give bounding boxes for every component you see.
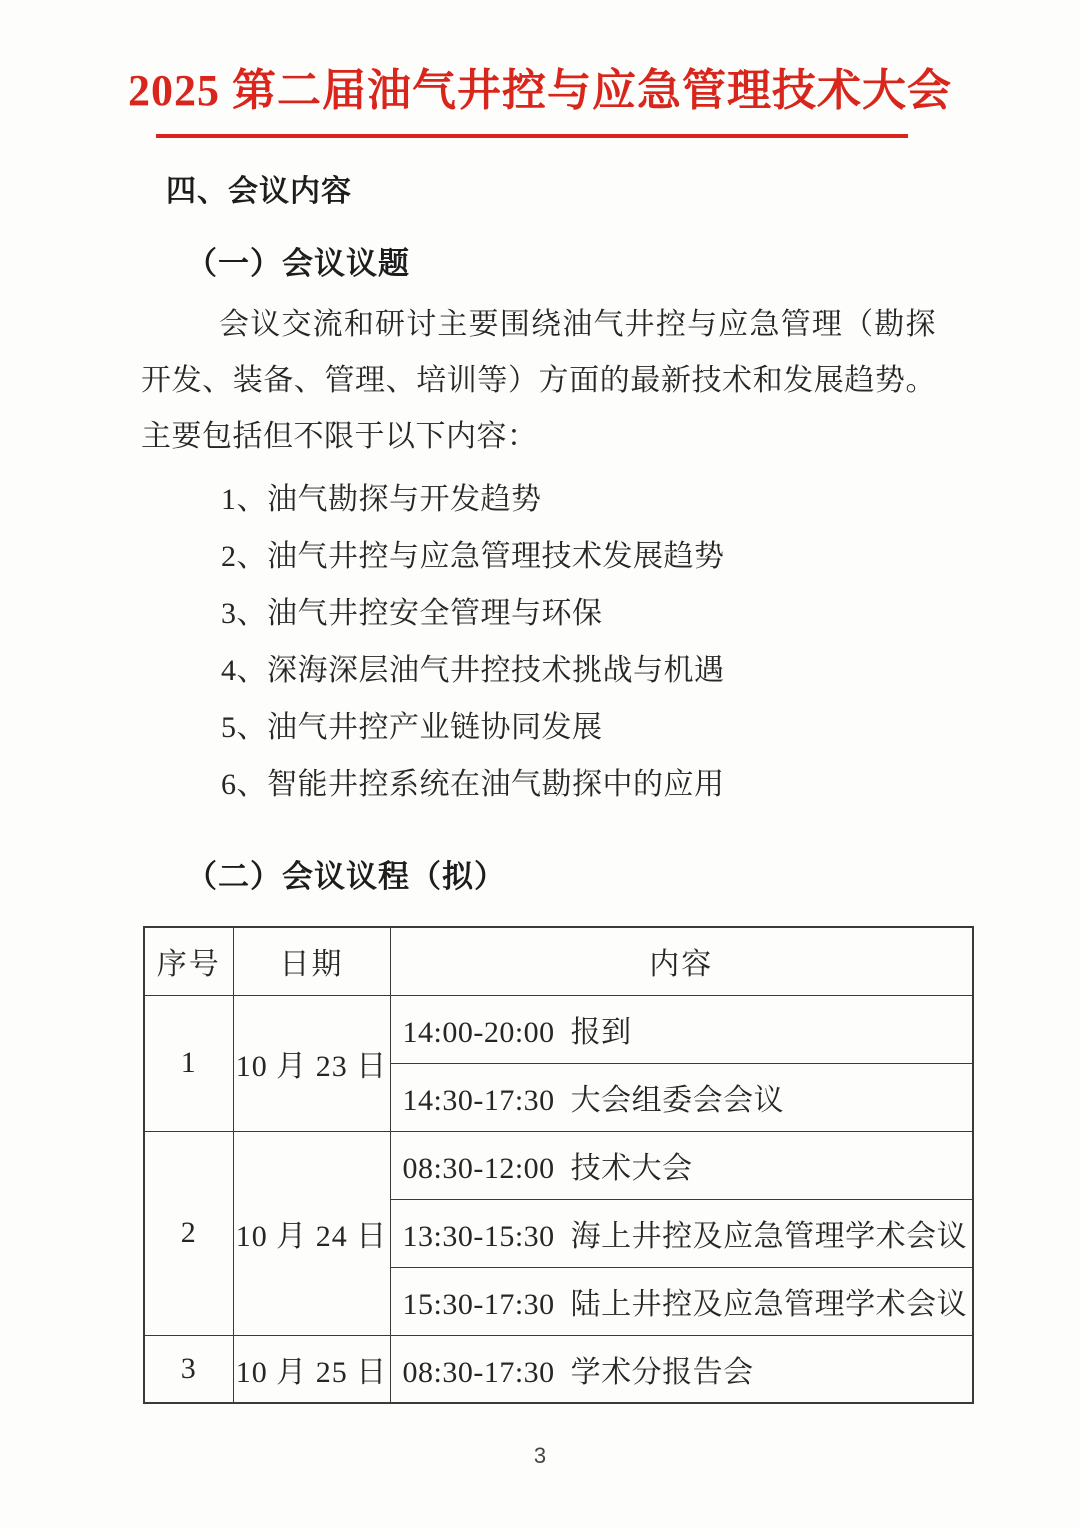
row-event: 15:30-17:30 陆上井控及应急管理学术会议 — [390, 1267, 973, 1335]
list-item: 4、深海深层油气井控技术挑战与机遇 — [221, 642, 1080, 699]
row-date: 10 月 23 日 — [233, 995, 390, 1131]
row-event: 13:30-15:30 海上井控及应急管理学术会议 — [390, 1199, 973, 1267]
subsection-topics-heading: （一）会议议题 — [186, 238, 1080, 283]
row-event: 14:00-20:00 报到 — [390, 995, 973, 1063]
row-date: 10 月 24 日 — [233, 1131, 390, 1335]
title-divider — [156, 134, 908, 138]
table-header-row: 序号 日期 内容 — [144, 927, 973, 995]
row-no: 1 — [144, 995, 233, 1131]
section-heading: 四、会议内容 — [166, 166, 1080, 210]
row-no: 3 — [144, 1335, 233, 1403]
column-header-content: 内容 — [390, 927, 973, 995]
page-title: 2025 第二届油气井控与应急管理技术大会 — [0, 54, 1080, 118]
list-item: 3、油气井控安全管理与环保 — [221, 585, 1080, 642]
page-number: 3 — [0, 1443, 1080, 1469]
table-row: 1 10 月 23 日 14:00-20:00 报到 — [144, 995, 973, 1063]
list-item: 6、智能井控系统在油气勘探中的应用 — [221, 756, 1080, 813]
column-header-date: 日期 — [233, 927, 390, 995]
table-row: 2 10 月 24 日 08:30-12:00 技术大会 — [144, 1131, 973, 1199]
topics-intro-paragraph: 会议交流和研讨主要围绕油气井控与应急管理（勘探开发、装备、管理、培训等）方面的最… — [141, 297, 936, 465]
subsection-agenda-heading: （二）会议议程（拟） — [186, 851, 1080, 896]
list-item: 1、油气勘探与开发趋势 — [221, 471, 1080, 528]
row-event: 14:30-17:30 大会组委会会议 — [390, 1063, 973, 1131]
row-event: 08:30-12:00 技术大会 — [390, 1131, 973, 1199]
row-event: 08:30-17:30 学术分报告会 — [390, 1335, 973, 1403]
list-item: 2、油气井控与应急管理技术发展趋势 — [221, 528, 1080, 585]
row-no: 2 — [144, 1131, 233, 1335]
column-header-no: 序号 — [144, 927, 233, 995]
list-item: 5、油气井控产业链协同发展 — [221, 699, 1080, 756]
agenda-table: 序号 日期 内容 1 10 月 23 日 14:00-20:00 报到 14:3… — [143, 926, 974, 1404]
table-row: 3 10 月 25 日 08:30-17:30 学术分报告会 — [144, 1335, 973, 1403]
row-date: 10 月 25 日 — [233, 1335, 390, 1403]
document-page: 2025 第二届油气井控与应急管理技术大会 四、会议内容 （一）会议议题 会议交… — [0, 0, 1080, 1527]
topics-list: 1、油气勘探与开发趋势 2、油气井控与应急管理技术发展趋势 3、油气井控安全管理… — [221, 471, 1080, 813]
